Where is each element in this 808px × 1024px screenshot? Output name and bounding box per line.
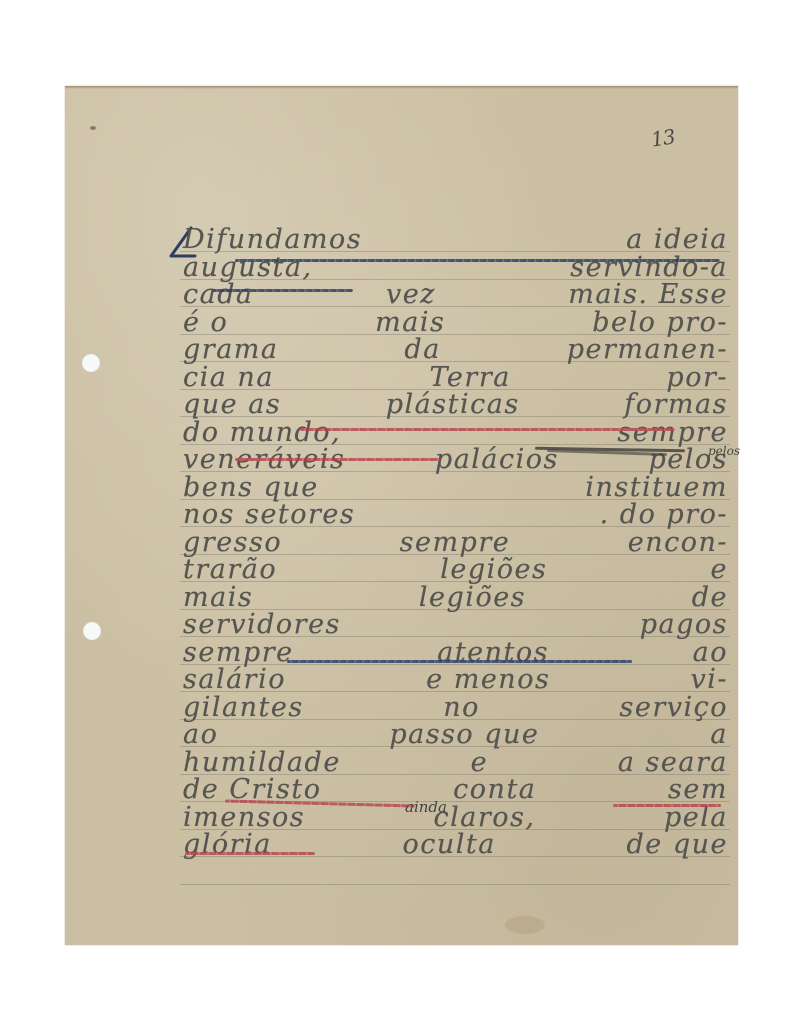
handwritten-word: formas (624, 391, 728, 419)
handwritten-word: glória (183, 831, 272, 859)
handwritten-word: servindo-a (570, 254, 728, 282)
handwritten-word: trarão (183, 556, 277, 584)
punch-hole-top (82, 354, 100, 372)
handwritten-word: mais. Esse (568, 281, 728, 309)
handwritten-word: serviço (619, 694, 728, 722)
manuscript-line: gilantesnoserviço (183, 694, 728, 722)
handwritten-word: encon- (628, 529, 728, 557)
handwritten-word: de (692, 584, 728, 612)
manuscript-line: Difundamosa ideia (183, 226, 728, 254)
handwritten-word: humildade (183, 749, 341, 777)
handwritten-word: a ideia (626, 226, 728, 254)
handwritten-word: ao (693, 639, 728, 667)
red-underline (185, 852, 315, 855)
manuscript-line: é omaisbelo pro- (183, 309, 728, 337)
punch-hole-bottom (83, 622, 101, 640)
handwritten-word: cada (183, 281, 254, 309)
manuscript-line: trarãolegiõese (183, 556, 728, 584)
handwritten-word: salário (183, 666, 286, 694)
handwritten-word: servidores (183, 611, 341, 639)
manuscript-line: augusta,servindo-a (183, 254, 728, 282)
handwritten-word: conta (453, 776, 536, 804)
manuscript-line: servidorespagos (183, 611, 728, 639)
handwritten-word: claros, (434, 804, 536, 832)
handwritten-word: pagos (640, 611, 728, 639)
handwritten-word: cia na (183, 364, 274, 392)
handwritten-word: grama (183, 336, 279, 364)
handwritten-word: do mundo, (183, 419, 341, 447)
manuscript-page: 13 Difundamosa ideiaaugusta,servindo-aca… (65, 86, 738, 945)
handwritten-word: Difundamos (183, 226, 362, 254)
handwritten-word: vi- (690, 666, 728, 694)
blue-underline (287, 660, 632, 663)
handwritten-word: legiões (419, 584, 526, 612)
handwritten-word: por- (666, 364, 728, 392)
handwritten-word: plásticas (386, 391, 520, 419)
handwritten-word: da (404, 336, 440, 364)
blue-underline (213, 289, 353, 292)
manuscript-line: nos setores. do pro- (183, 501, 728, 529)
handwritten-word: a (710, 721, 728, 749)
manuscript-line: cia naTerrapor- (183, 364, 728, 392)
manuscript-line: bens queinstituem (183, 474, 728, 502)
handwritten-word: permanen- (567, 336, 728, 364)
handwritten-word: é o (183, 309, 228, 337)
manuscript-line: glóriaocultade que (183, 831, 728, 859)
handwritten-word: augusta, (183, 254, 313, 282)
blue-underline (235, 259, 720, 262)
handwritten-word: sempre (183, 639, 294, 667)
manuscript-line: que asplásticasformas (183, 391, 728, 419)
handwritten-word: gresso (183, 529, 282, 557)
insertion-annotation: ainda (405, 798, 447, 816)
handwritten-word: legiões (440, 556, 547, 584)
red-underline (300, 428, 675, 431)
handwritten-word: imensos (183, 804, 305, 832)
manuscript-line: gressosempreencon- (183, 529, 728, 557)
page-number: 13 (649, 124, 676, 151)
handwritten-word: oculta (402, 831, 495, 859)
handwritten-word: e menos (426, 666, 550, 694)
handwritten-word: . do pro- (600, 501, 728, 529)
handwritten-word: a seara (618, 749, 728, 777)
handwritten-word: mais (183, 584, 253, 612)
handwritten-word: vez (386, 281, 436, 309)
handwritten-word: belo pro- (592, 309, 728, 337)
manuscript-line: salárioe menosvi- (183, 666, 728, 694)
manuscript-line: humildadeea seara (183, 749, 728, 777)
handwritten-word: sempre (617, 419, 728, 447)
handwritten-word: e (471, 749, 488, 777)
manuscript-line: maislegiõesde (183, 584, 728, 612)
handwritten-word: e (711, 556, 728, 584)
handwritten-word: mais (375, 309, 445, 337)
paper-stain (90, 126, 96, 130)
handwritten-word: passo que (389, 721, 539, 749)
handwritten-word: gilantes (183, 694, 304, 722)
handwritten-word: no (443, 694, 480, 722)
ruled-line (180, 884, 730, 885)
handwritten-word: nos setores (183, 501, 355, 529)
page-edge (65, 86, 738, 89)
handwritten-word: palácios (435, 446, 559, 474)
manuscript-line: imensosclaros,pela (183, 804, 728, 832)
manuscript-line: aopasso quea (183, 721, 728, 749)
handwritten-word: que as (183, 391, 281, 419)
handwritten-word: instituem (585, 474, 728, 502)
handwritten-word: pela (664, 804, 728, 832)
insertion-annotation: pelos (708, 444, 740, 458)
handwritten-word: Terra (430, 364, 511, 392)
red-underline (235, 458, 440, 461)
handwritten-word: bens que (183, 474, 319, 502)
paper-stain (505, 916, 545, 934)
handwritten-word: sempre (400, 529, 511, 557)
manuscript-line: cadavezmais. Esse (183, 281, 728, 309)
manuscript-line: gramadapermanen- (183, 336, 728, 364)
red-underline (613, 804, 721, 807)
manuscript-line: do mundo,sempre (183, 419, 728, 447)
handwritten-word: de que (627, 831, 729, 859)
handwritten-word: sem (668, 776, 728, 804)
handwritten-word: ao (183, 721, 218, 749)
